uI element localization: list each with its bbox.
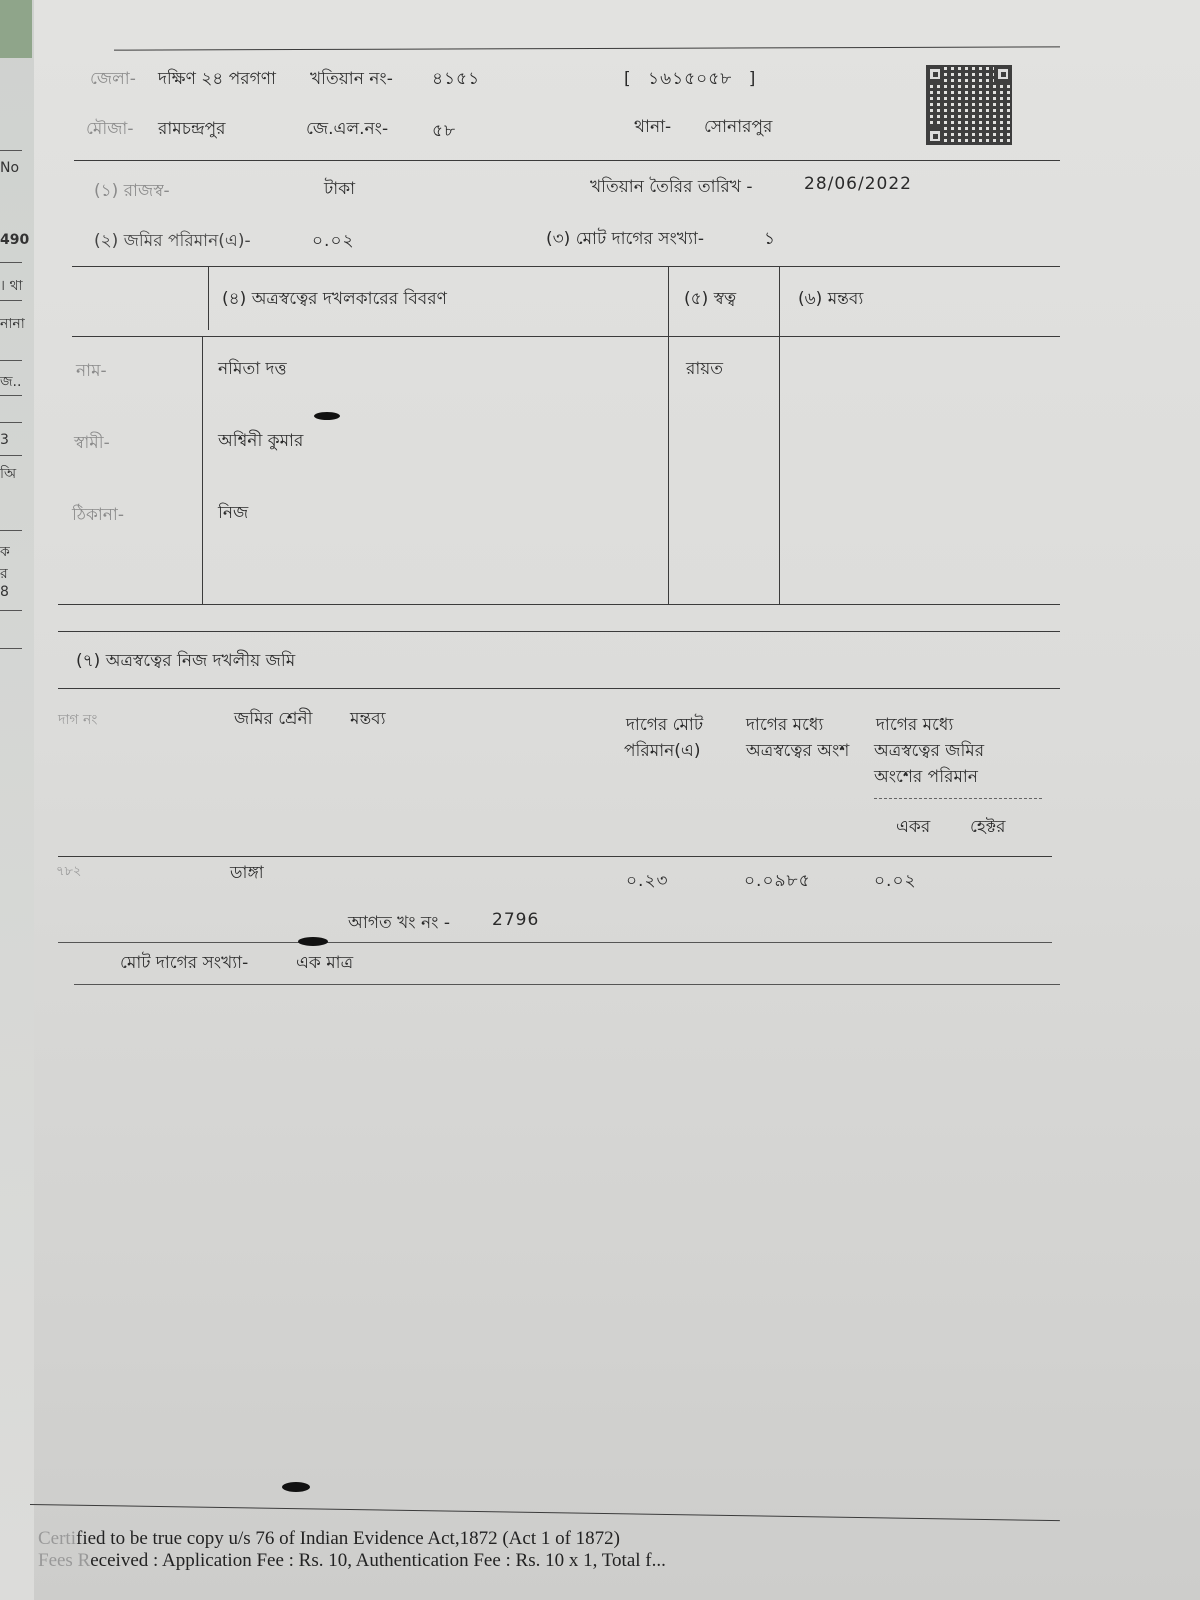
incoming-khatian-number: 2796 [492, 910, 539, 930]
header-rule [74, 160, 1060, 161]
plot-total-area: ০.২৩ [626, 868, 669, 896]
address-value: নিজ [218, 500, 248, 528]
plot-number: ৭৮২ [56, 862, 81, 883]
qr-finder-icon [926, 65, 944, 83]
section-rule [58, 631, 1060, 632]
certification-prefix: Certi [38, 1528, 76, 1549]
column-divider [779, 266, 780, 604]
divider [0, 150, 22, 151]
row-top-rule [58, 856, 1052, 857]
thana-label: থানা- [634, 114, 671, 142]
divider [0, 648, 22, 649]
divider [0, 455, 22, 456]
qr-finder-icon [926, 127, 944, 145]
right-header: (৫) স্বত্ব [684, 286, 736, 314]
divider [0, 422, 22, 423]
remarks-header: (৬) মন্তব্য [798, 286, 863, 314]
thana-value: সোনারপুর [704, 114, 772, 142]
top-rule [114, 46, 1060, 50]
address-label: ঠিকানা- [72, 502, 124, 530]
unit-divider [874, 798, 1042, 799]
fragment-text: জ.. [0, 370, 21, 394]
incoming-khatian-label: আগত খং নং - [348, 910, 450, 938]
khatian-number: ৪১৫১ [432, 66, 480, 94]
divider [0, 395, 22, 396]
table-bottom-rule [58, 604, 1060, 605]
table-header-rule [72, 336, 1060, 337]
fragment-text: 490 [0, 232, 29, 248]
revenue-label: (১) রাজস্ব- [94, 178, 170, 206]
column-divider [202, 336, 203, 604]
share-area-header: অংশের পরিমান [874, 764, 978, 792]
ink-blot [298, 937, 328, 946]
mouza-value: রামচন্দ্রপুর [158, 116, 226, 144]
land-class: ডাঙ্গা [230, 860, 264, 888]
green-surface [0, 0, 32, 58]
district-label: জেলা- [90, 66, 136, 94]
husband-name: অশ্বিনী কুমার [218, 428, 303, 456]
husband-label: স্বামী- [74, 430, 110, 458]
divider-rule [74, 984, 1060, 985]
fragment-text: অি [0, 462, 16, 486]
fees-body: eceived : Application Fee : Rs. 10, Auth… [90, 1550, 666, 1571]
total-plots-value: এক মাত্র [296, 950, 353, 978]
fragment-text: নানা [0, 312, 25, 336]
footer-rule [30, 1504, 1060, 1521]
fragment-text: No [0, 160, 19, 176]
certification-body: fied to be true copy u/s 76 of Indian Ev… [76, 1528, 620, 1549]
share-header: দাগের মধ্যে [746, 712, 823, 740]
owner-details-header: (৪) অত্রস্বত্বের দখলকারের বিবরণ [222, 286, 447, 314]
khatian-label: খতিয়ান নং- [310, 66, 393, 94]
certification-text: Certified to be true copy u/s 76 of Indi… [38, 1528, 620, 1550]
divider [0, 360, 22, 361]
plot-share: ০.০৯৮৫ [744, 868, 811, 896]
fees-text: Fees Received : Application Fee : Rs. 10… [38, 1550, 666, 1572]
khatian-document: জেলা- দক্ষিণ ২৪ পরগণা খতিয়ান নং- ৪১৫১ [… [34, 0, 1200, 1600]
share-area-header: দাগের মধ্যে [876, 712, 953, 740]
divider [0, 300, 22, 301]
total-area-header: পরিমান(এ) [624, 738, 700, 766]
divider-rule [58, 942, 1052, 943]
fragment-text: 8 [0, 584, 9, 600]
share-header: অত্রস্বত্বের অংশ [746, 738, 849, 766]
fragment-text: । থা [0, 274, 23, 298]
jl-label: জে.এল.নং- [306, 116, 388, 144]
serial-number: [ ১৬১৫০৫৮ ] [624, 66, 756, 94]
plot-count-value: ১ [764, 226, 776, 254]
share-acre: ০.০২ [874, 868, 917, 896]
remarks-col-header: মন্তব্য [350, 706, 386, 734]
right-value: রায়ত [686, 356, 723, 384]
land-class-header: জমির শ্রেনী [234, 706, 313, 734]
ink-blot [282, 1482, 310, 1492]
divider [0, 610, 22, 611]
area-label: (২) জমির পরিমান(এ)- [94, 228, 251, 256]
khatian-date: 28/06/2022 [804, 174, 912, 194]
date-label: খতিয়ান তৈরির তারিখ - [590, 174, 752, 202]
owner-name-label: নাম- [76, 358, 107, 386]
column-divider [208, 266, 209, 330]
fragment-text: র [0, 562, 8, 586]
ink-blot [314, 412, 340, 420]
qr-code-icon [926, 65, 1012, 145]
qr-finder-icon [994, 65, 1012, 83]
total-area-header: দাগের মোট [626, 712, 703, 740]
acre-header: একর [896, 814, 930, 842]
column-divider [668, 266, 669, 604]
mouza-label: মৌজা- [86, 116, 133, 144]
district-value: দক্ষিণ ২৪ পরগণা [158, 66, 276, 94]
hectare-header: হেক্টর [970, 814, 1005, 842]
land-section-title: (৭) অত্রস্বত্বের নিজ দখলীয় জমি [76, 648, 295, 676]
plot-no-header: দাগ নং [58, 708, 97, 732]
underlying-page-edge: No 490 । থা নানা জ.. 3 অি ক র 8 [0, 0, 35, 1600]
section-rule [58, 688, 1060, 689]
fragment-text: ক [0, 540, 10, 564]
area-value: ০.০২ [312, 228, 355, 256]
plot-count-label: (৩) মোট দাগের সংখ্যা- [546, 226, 704, 254]
divider [0, 530, 22, 531]
jl-number: ৫৮ [432, 118, 456, 146]
share-area-header: অত্রস্বত্বের জমির [874, 738, 984, 766]
fragment-text: 3 [0, 432, 9, 448]
table-top-rule [72, 266, 1060, 267]
revenue-unit: টাকা [324, 176, 355, 204]
fees-prefix: Fees R [38, 1550, 90, 1571]
total-plots-label: মোট দাগের সংখ্যা- [120, 950, 248, 978]
owner-name: নমিতা দত্ত [218, 356, 287, 384]
divider [0, 262, 22, 263]
